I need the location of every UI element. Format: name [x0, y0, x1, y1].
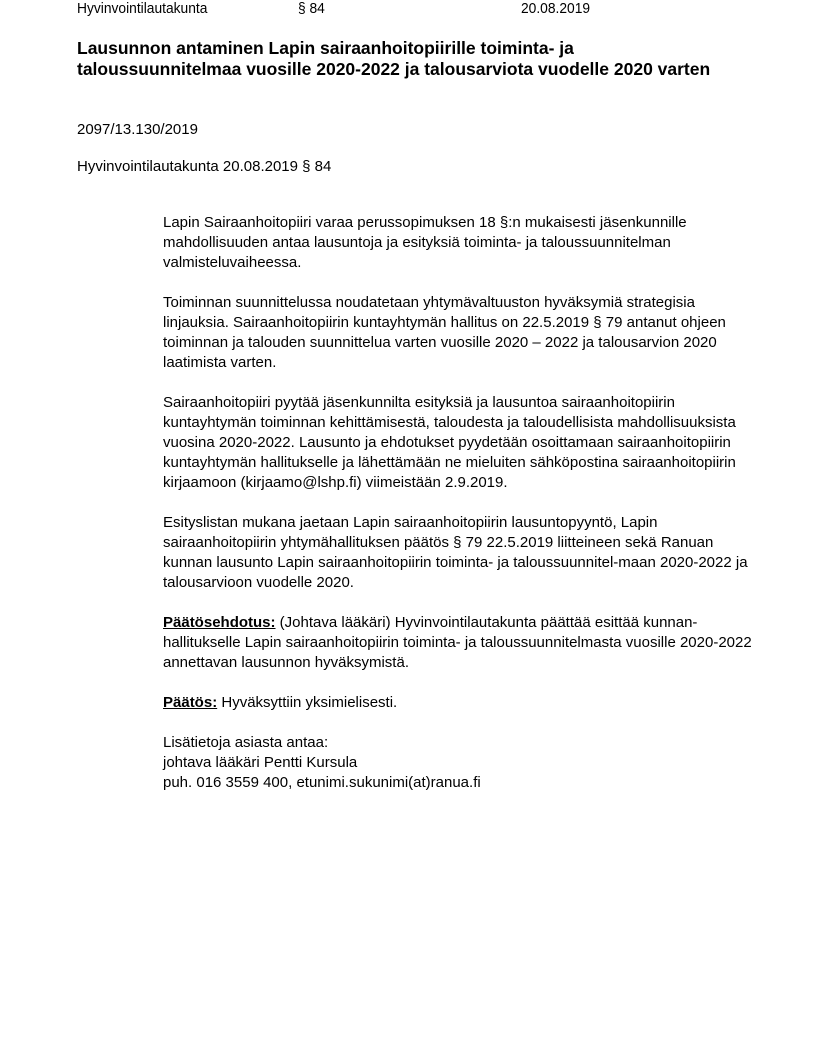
paragraph: Lapin Sairaanhoitopiiri varaa perussopim…	[163, 213, 753, 273]
contact-person: johtava lääkäri Pentti Kursula	[163, 753, 753, 773]
header-board: Hyvinvointilautakunta	[77, 0, 207, 18]
paragraph: Sairaanhoitopiiri pyytää jäsenkunnilta e…	[163, 393, 753, 493]
proposal: Päätösehdotus: (Johtava lääkäri) Hyvinvo…	[163, 613, 753, 673]
paragraph: Esityslistan mukana jaetaan Lapin sairaa…	[163, 513, 753, 593]
paragraph: Toiminnan suunnittelussa noudatetaan yht…	[163, 293, 753, 373]
meeting-reference: Hyvinvointilautakunta 20.08.2019 § 84	[77, 158, 331, 176]
header-date: 20.08.2019	[521, 0, 590, 18]
decision-text: Hyväksyttiin yksimielisesti.	[217, 694, 397, 711]
document-title: Lausunnon antaminen Lapin sairaanhoitopi…	[77, 38, 737, 80]
contact-phone-email: puh. 016 3559 400, etunimi.sukunimi(at)r…	[163, 773, 753, 793]
proposal-label: Päätösehdotus:	[163, 614, 276, 631]
contact-intro: Lisätietoja asiasta antaa:	[163, 733, 753, 753]
header-section: § 84	[298, 0, 325, 18]
diary-number: 2097/13.130/2019	[77, 121, 198, 139]
decision: Päätös: Hyväksyttiin yksimielisesti.	[163, 693, 753, 713]
document-body: Lapin Sairaanhoitopiiri varaa perussopim…	[163, 213, 753, 793]
decision-label: Päätös:	[163, 694, 217, 711]
contact-info: Lisätietoja asiasta antaa: johtava lääkä…	[163, 733, 753, 793]
